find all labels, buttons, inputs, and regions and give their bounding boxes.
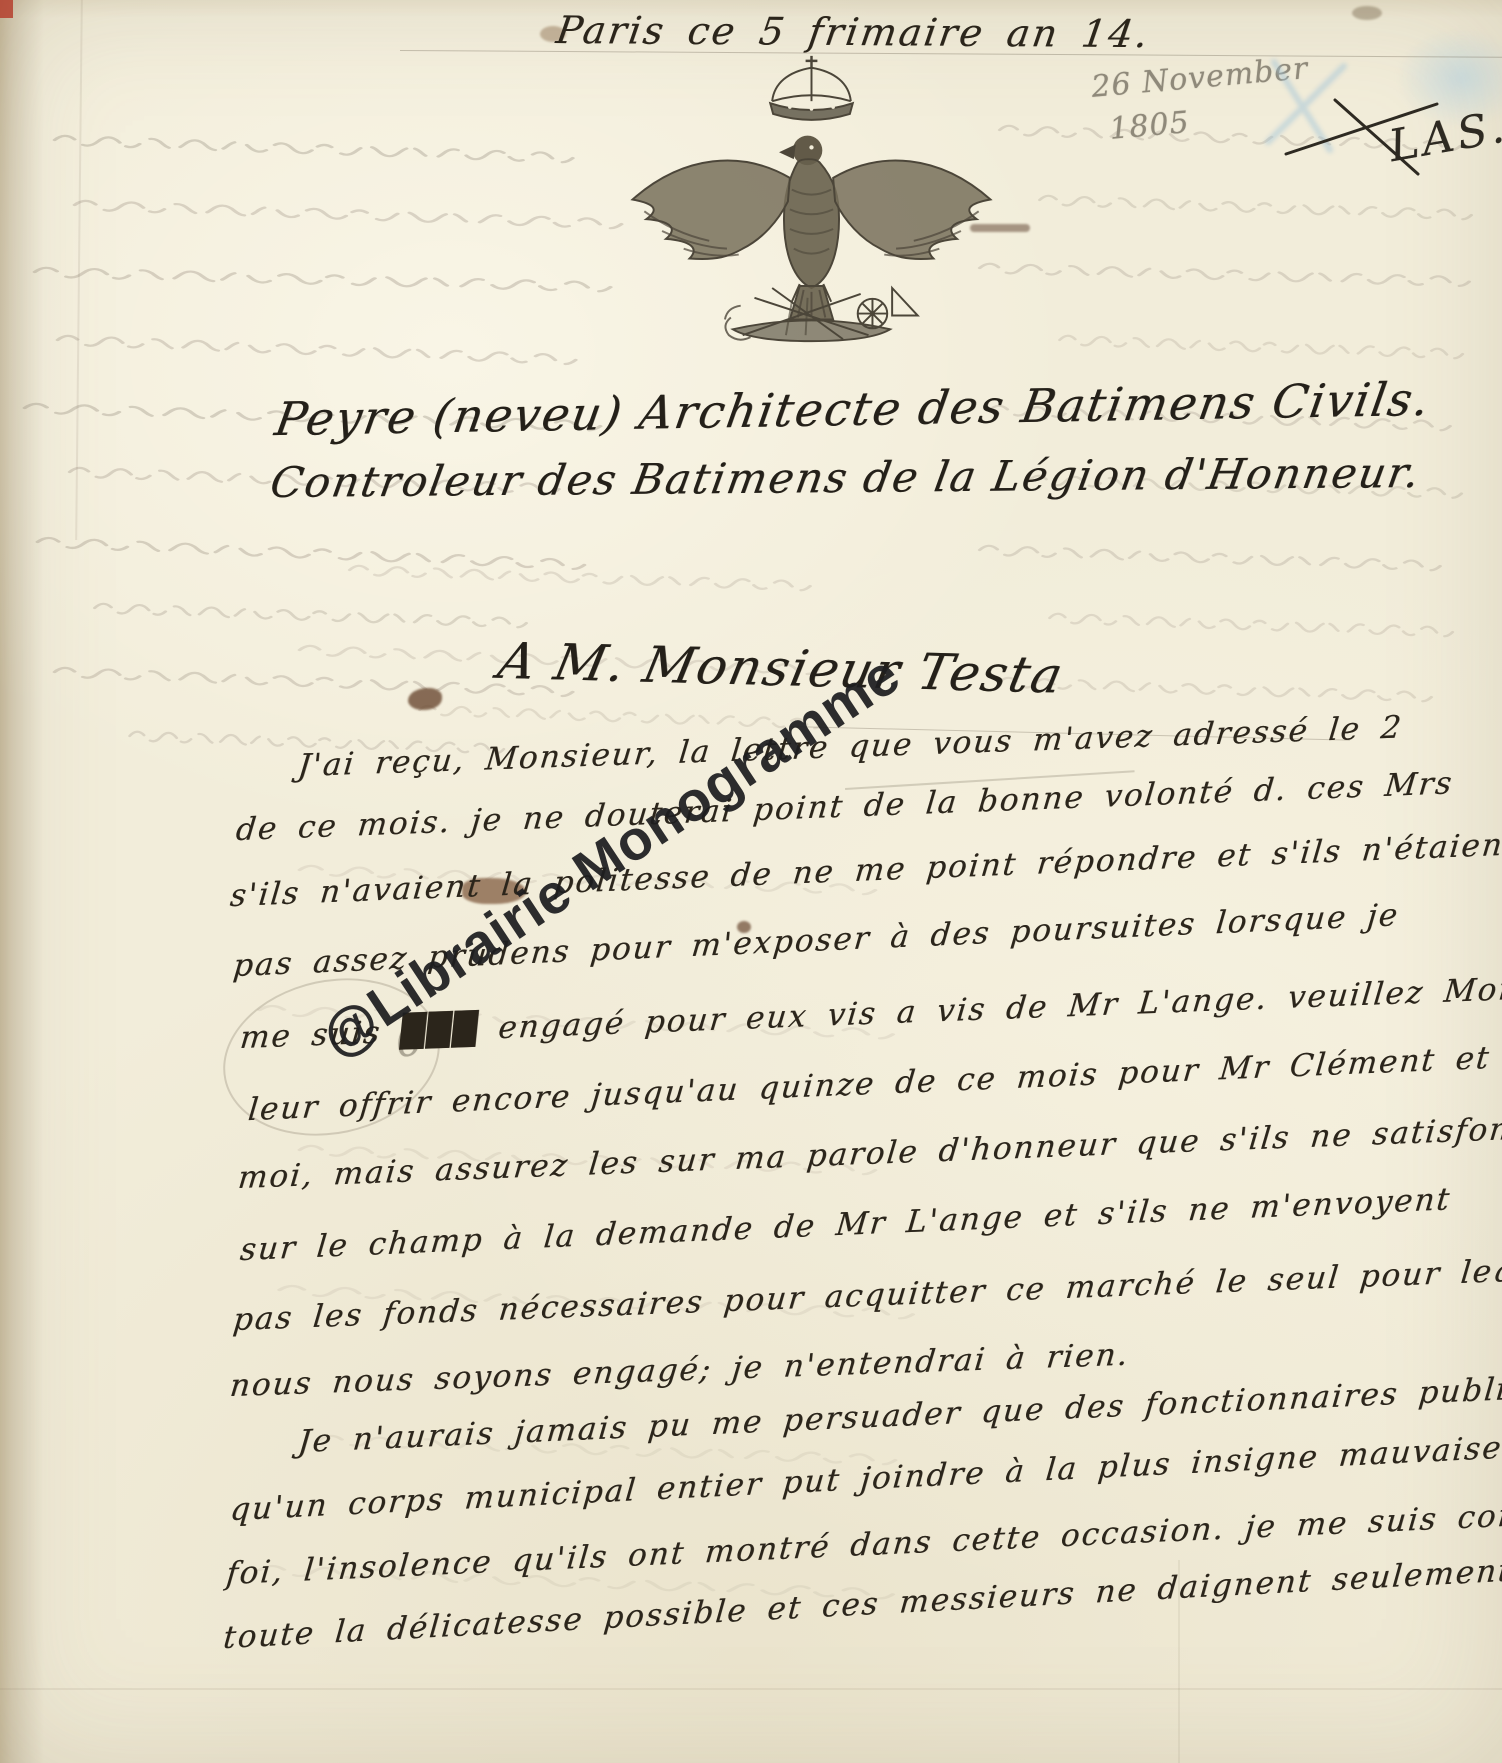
letterhead-line2: Controleur des Batimens de la Légion d'H… xyxy=(267,448,1425,507)
letter-scan-page: Paris ce 5 frimaire an 14. 26 November 1… xyxy=(0,0,1502,1763)
dateline: Paris ce 5 frimaire an 14. xyxy=(554,8,1154,56)
pencil-date-line2: 1805 xyxy=(1108,105,1191,147)
fold-crease-horizontal xyxy=(0,1688,1502,1690)
eagle-icon xyxy=(633,136,991,320)
stain-spot xyxy=(1352,6,1382,20)
crown-icon xyxy=(770,56,853,120)
red-corner-mark xyxy=(0,0,13,18)
imperial-eagle-emblem xyxy=(614,52,1009,347)
